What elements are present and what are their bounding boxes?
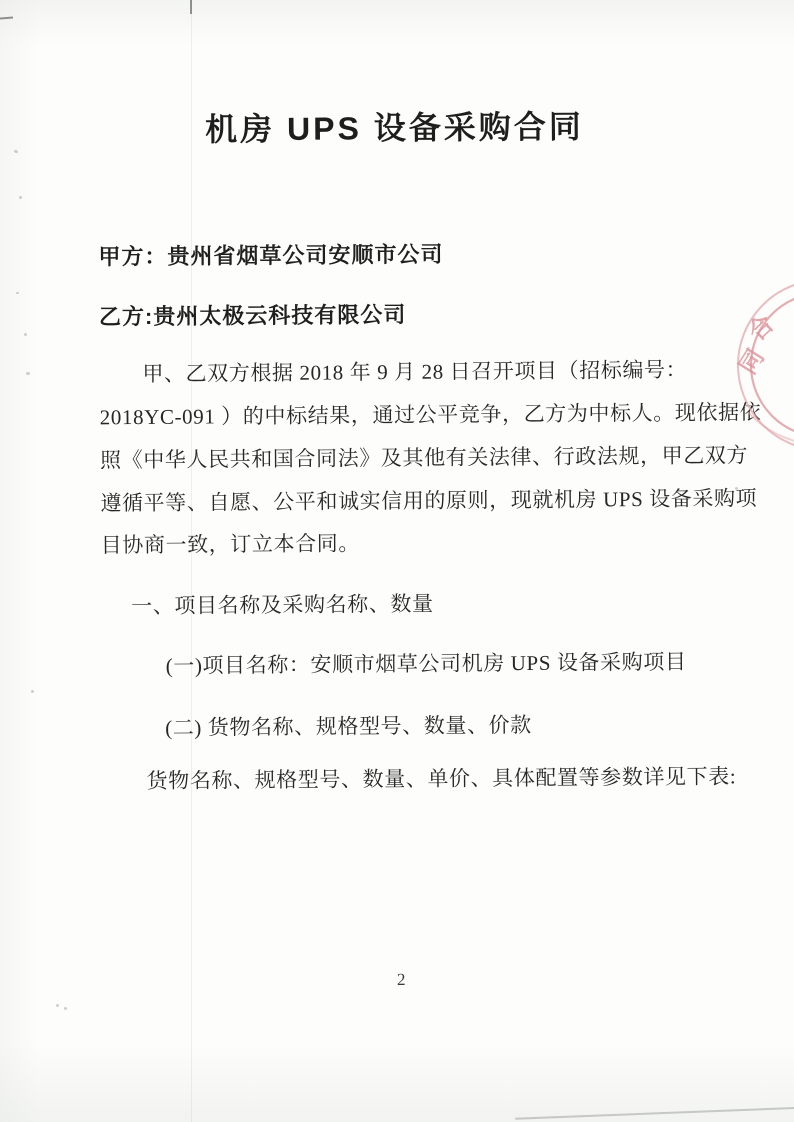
scan-speck	[735, 487, 738, 490]
party-b-line: 乙方:贵州太极云科技有限公司	[99, 298, 407, 331]
paragraph-line-3: 照《中华人民共和国合同法》及其他有关法律、行政法规，甲乙双方	[100, 439, 748, 474]
crease-top-tick	[190, 0, 192, 14]
scanned-contract-page: 机房 UPS 设备采购合同 甲方：贵州省烟草公司安顺市公司 乙方:贵州太极云科技…	[0, 0, 794, 1122]
paragraph-line-2: 2018YC-091 ）的中标结果，通过公平竞争，乙方为中标人。现依据依	[100, 396, 762, 431]
scan-speck	[56, 1004, 59, 1007]
party-a-line: 甲方：贵州省烟草公司安顺市公司	[98, 238, 443, 272]
scan-speck	[26, 372, 30, 375]
scan-speck	[24, 333, 27, 336]
scan-speck	[31, 690, 34, 693]
page-number: 2	[4, 967, 794, 993]
item-project-name: (一)项目名称：安顺市烟草公司机房 UPS 设备采购项目	[166, 646, 687, 680]
contract-title: 机房 UPS 设备采购合同	[0, 100, 792, 152]
item-goods-spec: (二) 货物名称、规格型号、数量、价款	[165, 709, 532, 742]
table-note-line: 货物名称、规格型号、数量、单价、具体配置等参数详见下表:	[146, 760, 736, 795]
paragraph-line-4: 遵循平等、自愿、公平和诚实信用的原则，现就机房 UPS 设备采购项	[100, 482, 757, 517]
scan-speck	[16, 292, 19, 294]
vertical-crease-line	[191, 0, 192, 1122]
page-content: 机房 UPS 设备采购合同 甲方：贵州省烟草公司安顺市公司 乙方:贵州太极云科技…	[0, 0, 794, 1122]
scan-speck	[64, 1007, 67, 1010]
scan-speck	[19, 196, 22, 199]
paragraph-line-5: 目协商一致，订立本合同。	[101, 527, 360, 559]
section-heading: 一、项目名称及采购名称、数量	[131, 588, 434, 620]
paragraph-line-1: 甲、乙双方根据 2018 年 9 月 28 日召开项目（招标编号：	[142, 354, 687, 388]
